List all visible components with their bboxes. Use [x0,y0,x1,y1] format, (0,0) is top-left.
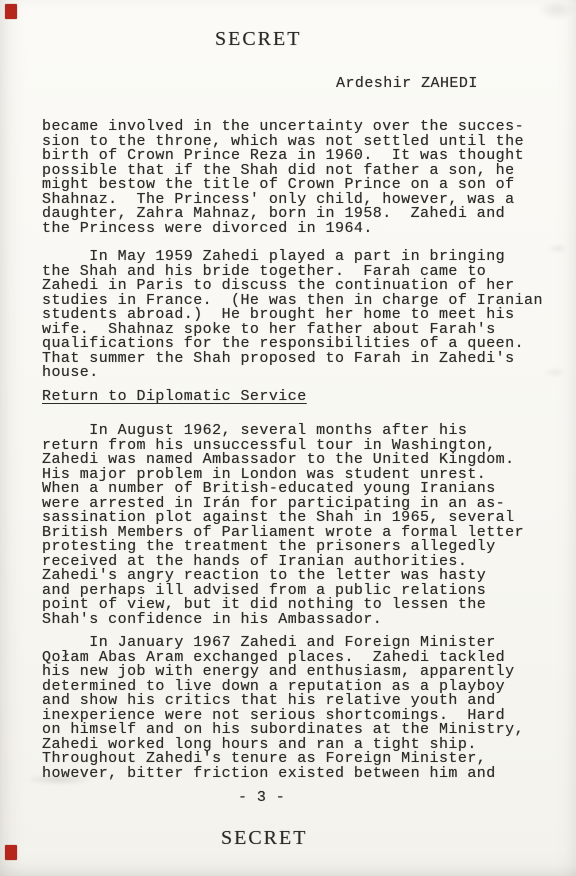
scan-smudge [544,368,566,377]
paragraph-may-1959: In May 1959 Zahedi played a part in brin… [42,250,543,381]
section-heading: Return to Diplomatic Service [42,390,307,405]
paragraph-succession: became involved in the uncertainty over … [42,120,524,236]
document-page: SECRET Ardeshir ZAHEDI became involved i… [0,0,576,876]
page-number: - 3 - [238,791,285,806]
red-edge-mark-bottom [5,845,17,860]
paragraph-august-1962: In August 1962, several months after his… [42,424,524,627]
scan-smudge [548,244,568,253]
paragraph-january-1967: In January 1967 Zahedi and Foreign Minis… [42,636,524,781]
classification-banner-bottom: SECRET [221,827,307,850]
classification-banner-top: SECRET [215,28,301,51]
red-edge-mark-top [5,4,17,19]
scan-smudge [538,0,576,20]
byline: Ardeshir ZAHEDI [336,77,478,92]
